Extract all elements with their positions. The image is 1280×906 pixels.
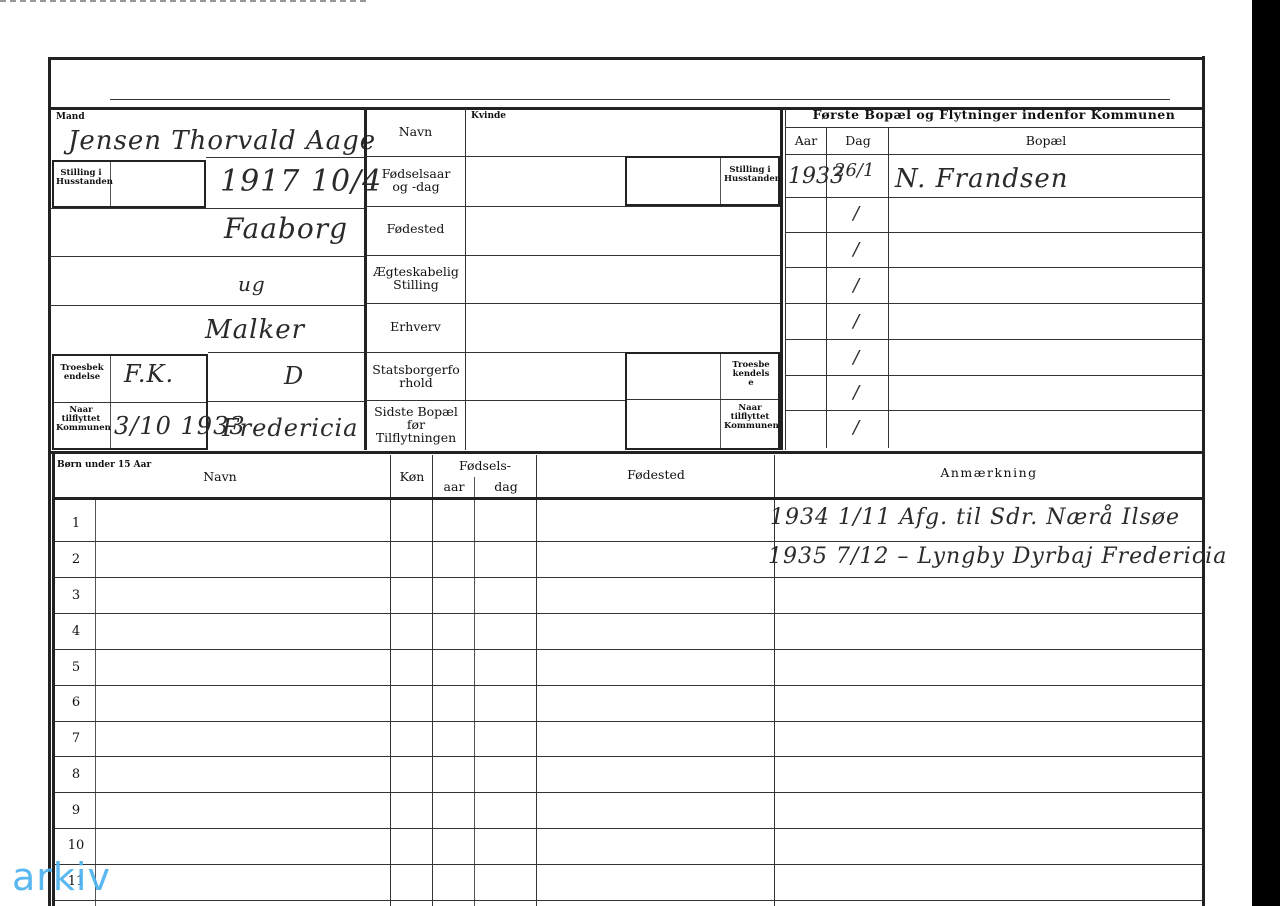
mid-row-line [366, 206, 782, 207]
res-col-dag: Dag [828, 134, 888, 147]
child-row-line [54, 649, 1202, 650]
woman-troes-divider [720, 354, 721, 448]
res-row-line [786, 410, 1202, 411]
res-row-dag: / [853, 311, 859, 332]
arkiv-watermark: arkiv [12, 855, 111, 899]
child-row-line [54, 685, 1202, 686]
child-row-line [54, 721, 1202, 722]
res-row-line [786, 197, 1202, 198]
res-title: Første Bopæl og Flytninger indenfor Komm… [786, 108, 1202, 121]
frame-top [48, 57, 1204, 60]
man-row-line [50, 208, 364, 209]
scan-artifact-top [0, 0, 370, 2]
divider-man-mid [364, 108, 367, 450]
child-row-line [54, 792, 1202, 793]
header-rule [110, 99, 1170, 100]
res-inner-left [785, 108, 786, 450]
children-col-aar: aar [434, 480, 474, 493]
res-row-line [786, 232, 1202, 233]
man-naar-label: Naar tilflyttet Kommunen [56, 406, 106, 433]
child-row-number: 10 [56, 838, 96, 853]
children-header-line [54, 497, 1202, 500]
children-divider-kon [390, 455, 391, 906]
res-row-bopael: N. Frandsen [895, 164, 1068, 194]
man-citizenship: D [284, 362, 304, 390]
woman-stilling-divider [720, 158, 721, 204]
man-troes: F.K. [124, 360, 174, 388]
child-row-number: 9 [56, 803, 96, 818]
divider-labels [465, 108, 466, 450]
res-title-line [786, 127, 1202, 128]
divider-woman-res [780, 108, 783, 450]
res-row-dag: / [853, 239, 859, 260]
children-top-rule [48, 451, 1204, 454]
label-fodselsaar: Fødselsaar og -dag [372, 167, 460, 193]
woman-troes-label: Troesbekendelse [732, 361, 770, 388]
man-birth: 1917 10/4 [220, 164, 382, 199]
label-erhverv: Erhverv [366, 320, 465, 333]
man-birthplace: Faaborg [224, 212, 348, 245]
mid-row-line [366, 303, 782, 304]
res-col-bopael: Bopæl [890, 134, 1202, 147]
children-col-fodsels: Fødsels- [434, 459, 536, 472]
woman-troes-line [627, 399, 778, 400]
res-header-line [786, 154, 1202, 155]
woman-naar-label: Naar tilflyttet Kommunen [724, 404, 776, 431]
man-row-line [208, 352, 364, 353]
res-row-dag: / [853, 275, 859, 296]
remark-line-2: 1935 7/12 – Lyngby Dyrbaj Fredericia [768, 544, 1227, 569]
frame-left [48, 58, 51, 906]
label-statsborger: Statsborgerforhold [372, 363, 460, 389]
man-last-residence: Fredericia [222, 414, 358, 442]
man-row-line [206, 157, 364, 158]
children-col-dag: dag [476, 480, 536, 493]
res-row-dag: 26/1 [834, 160, 874, 181]
child-row-line [54, 864, 1202, 865]
res-row-dag: / [853, 203, 859, 224]
mid-row-line [366, 352, 626, 353]
child-row-line [54, 900, 1202, 901]
children-left-border [52, 452, 55, 906]
res-divider-dag [888, 128, 889, 448]
man-occupation: Malker [205, 315, 305, 345]
scan-edge [1252, 0, 1280, 906]
child-row-line [54, 541, 1202, 542]
child-row-line [54, 613, 1202, 614]
man-stilling-label: Stilling i Husstanden [56, 169, 106, 187]
children-divider-fodested [536, 455, 537, 906]
label-aegteskabelig: Ægteskabelig Stilling [370, 265, 462, 291]
man-row-line [50, 305, 364, 306]
child-row-number: 1 [56, 516, 96, 531]
frame-right [1202, 56, 1205, 906]
children-divider-fods [432, 455, 433, 906]
label-fodested: Fødested [366, 222, 465, 235]
children-col-anmaerkning: Anmærkning [776, 466, 1202, 479]
man-name: Jensen Thorvald Aage [68, 126, 376, 156]
res-row-line [786, 303, 1202, 304]
man-troes-label: Troesbekendelse [60, 364, 104, 382]
children-col-fodested: Fødested [538, 468, 774, 481]
res-row-line [786, 339, 1202, 340]
woman-stilling-label: Stilling i Husstanden [724, 166, 776, 184]
res-row-line [786, 267, 1202, 268]
children-title: Børn under 15 Aar [57, 461, 151, 470]
child-row-number: 4 [56, 624, 96, 639]
child-row-number: 2 [56, 552, 96, 567]
man-marital: ug [238, 272, 266, 296]
children-col-kon: Køn [392, 470, 432, 483]
child-row-number: 6 [56, 695, 96, 710]
res-row-line [786, 375, 1202, 376]
label-navn: Navn [366, 125, 465, 138]
child-row-number: 5 [56, 660, 96, 675]
mid-row-line [366, 255, 782, 256]
mand-label: Mand [56, 113, 85, 122]
res-row-dag: / [853, 417, 859, 438]
child-row-number: 7 [56, 731, 96, 746]
man-row-line [50, 256, 364, 257]
children-col-navn: Navn [150, 470, 290, 483]
child-row-line [54, 756, 1202, 757]
man-row-line [208, 401, 364, 402]
troes-naar-line [54, 402, 206, 403]
child-row-number: 8 [56, 767, 96, 782]
child-row-line [54, 577, 1202, 578]
label-sidste-bopael: Sidste Bopæl før Tilflytningen [370, 405, 462, 444]
mid-row-line [366, 400, 626, 401]
remark-line-1: 1934 1/11 Afg. til Sdr. Nærå Ilsøe [770, 505, 1180, 530]
child-row-line [54, 828, 1202, 829]
res-col-aar: Aar [786, 134, 826, 147]
res-row-dag: / [853, 382, 859, 403]
kvinde-label: Kvinde [471, 112, 506, 121]
res-row-dag: / [853, 347, 859, 368]
child-row-number: 3 [56, 588, 96, 603]
